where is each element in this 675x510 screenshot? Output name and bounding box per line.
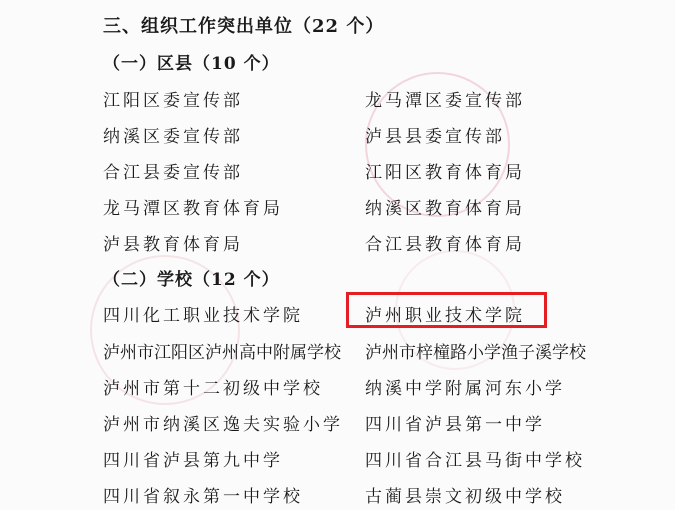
unit-name: 龙马潭区委宣传部 [365,86,525,111]
group-title-districts: （一）区县（10 个） [103,49,280,74]
unit-name: 江阳区委宣传部 [103,86,243,111]
unit-name: 泸州市第十二初级中学校 [103,374,323,399]
unit-name: 泸州市江阳区泸州高中附属学校 [103,338,341,363]
unit-name: 四川化工职业技术学院 [103,301,303,326]
unit-name: 龙马潭区教育体育局 [103,194,283,219]
list-row: 江阳区委宣传部 龙马潭区委宣传部 [103,86,603,110]
list-row: 泸县教育体育局 合江县教育体育局 [103,230,603,254]
unit-name: 纳溪中学附属河东小学 [365,374,565,399]
unit-name: 泸州市梓橦路小学渔子溪学校 [365,338,586,363]
list-row: 龙马潭区教育体育局 纳溪区教育体育局 [103,194,603,218]
unit-name: 四川省合江县马街中学校 [365,446,585,471]
highlight-box [346,292,547,328]
list-row: 四川省泸县第九中学 四川省合江县马街中学校 [103,446,603,470]
unit-name: 纳溪区教育体育局 [365,194,525,219]
list-row: 泸州市纳溪区逸夫实验小学 四川省泸县第一中学 [103,410,603,434]
list-row: 纳溪区委宣传部 泸县县委宣传部 [103,122,603,146]
list-row: 四川省叙永第一中学校 古蔺县崇文初级中学校 [103,482,603,506]
unit-name: 泸县教育体育局 [103,230,243,255]
unit-name: 合江县教育体育局 [365,230,525,255]
list-row: 泸州市第十二初级中学校 纳溪中学附属河东小学 [103,374,603,398]
unit-name: 江阳区教育体育局 [365,158,525,183]
section-title: 三、组织工作突出单位（22 个） [103,12,384,38]
unit-name: 四川省泸县第一中学 [365,410,545,435]
unit-name: 纳溪区委宣传部 [103,122,243,147]
unit-name: 合江县委宣传部 [103,158,243,183]
group-title-schools: （二）学校（12 个） [103,265,280,290]
unit-name: 古蔺县崇文初级中学校 [365,482,565,507]
unit-name: 四川省叙永第一中学校 [103,482,303,507]
list-row: 泸州市江阳区泸州高中附属学校 泸州市梓橦路小学渔子溪学校 [103,338,603,362]
unit-name: 四川省泸县第九中学 [103,446,283,471]
list-row: 合江县委宣传部 江阳区教育体育局 [103,158,603,182]
unit-name: 泸州市纳溪区逸夫实验小学 [103,410,343,435]
unit-name: 泸县县委宣传部 [365,122,505,147]
